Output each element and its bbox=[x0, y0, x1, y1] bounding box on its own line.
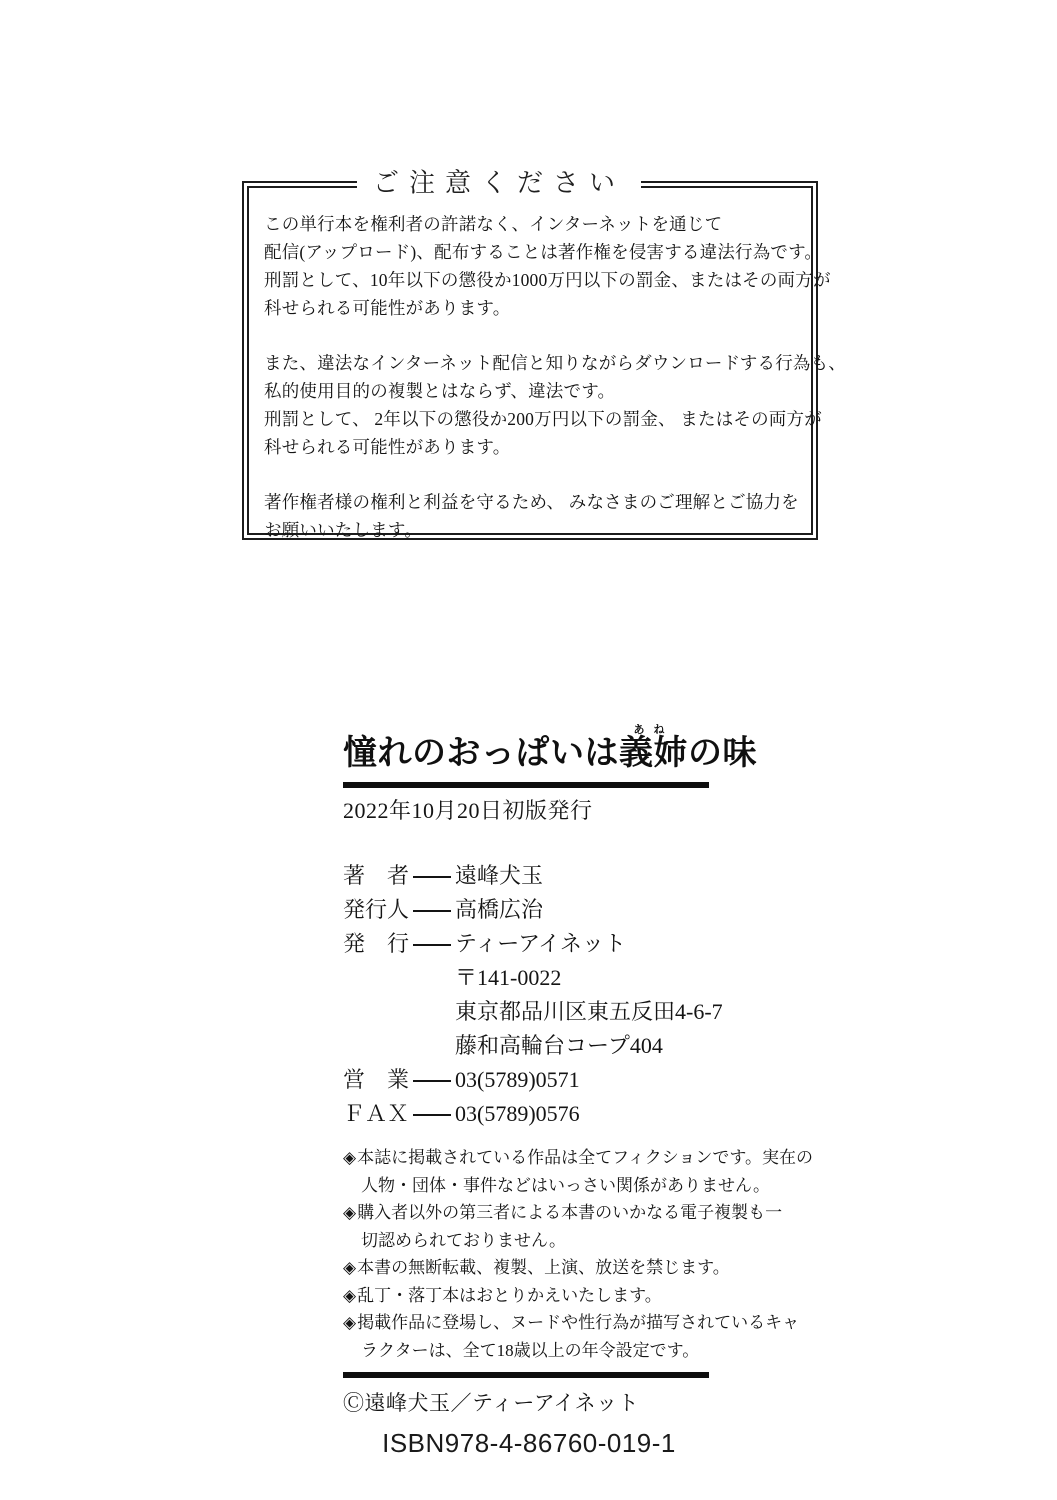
note-fiction: ◈本誌に掲載されている作品は全てフィクションです。実在の 人物・団体・事件などは… bbox=[343, 1144, 761, 1199]
dash-line bbox=[413, 876, 451, 878]
notice-line: 著作権者様の権利と利益を守るため、 みなさまのご理解とご協力を bbox=[264, 488, 797, 516]
address-line2: 藤和高輪台コープ404 bbox=[455, 1033, 663, 1058]
book-title-ruby: 義姉あね bbox=[619, 735, 688, 772]
diamond-bullet-icon: ◈ bbox=[343, 1258, 357, 1277]
publisher-label: 発 行 bbox=[343, 927, 409, 961]
notice-body: この単行本を権利者の許諾なく、インターネットを通じて 配信(アップロード)、配布… bbox=[251, 190, 809, 531]
diamond-bullet-icon: ◈ bbox=[343, 1313, 357, 1332]
notice-line: 科せられる可能性があります。 bbox=[264, 433, 797, 461]
fax-row: ＦＡＸ03(5789)0576 bbox=[343, 1097, 761, 1131]
note-text: 切認められておりません。 bbox=[343, 1227, 761, 1255]
address-line1: 東京都品川区東五反田4-6-7 bbox=[455, 999, 723, 1024]
book-title-prefix: 憧れのおっぱいは bbox=[343, 735, 619, 772]
note-text: 本誌に掲載されている作品は全てフィクションです。実在の bbox=[357, 1148, 813, 1167]
notice-paragraph-request: 著作権者様の権利と利益を守るため、 みなさまのご理解とご協力を お願いいたします… bbox=[264, 488, 797, 544]
publisher-value: ティーアイネット bbox=[455, 931, 626, 956]
footer-divider-rule bbox=[343, 1372, 709, 1378]
note-text: 本書の無断転載、複製、上演、放送を禁じます。 bbox=[357, 1258, 730, 1277]
author-value: 遠峰犬玉 bbox=[455, 863, 543, 888]
fax-number: 03(5789)0576 bbox=[455, 1101, 580, 1126]
book-title-ruby-base: 義姉 bbox=[619, 735, 688, 772]
publisher-person-value: 高橋広治 bbox=[455, 897, 543, 922]
notice-line: 刑罰として、10年以下の懲役か1000万円以下の罰金、またはその両方が bbox=[264, 266, 797, 294]
notice-line: お願いいたします。 bbox=[264, 516, 797, 544]
address-row: 藤和高輪台コープ404 bbox=[343, 1029, 761, 1063]
notice-line: この単行本を権利者の許諾なく、インターネットを通じて bbox=[264, 210, 797, 238]
title-divider-rule bbox=[343, 782, 709, 788]
notice-line: 科せられる可能性があります。 bbox=[264, 294, 797, 322]
note-defective-copy: ◈乱丁・落丁本はおとりかえいたします。 bbox=[343, 1282, 761, 1310]
note-reprint: ◈本書の無断転載、複製、上演、放送を禁じます。 bbox=[343, 1254, 761, 1282]
note-text: ラクターは、全て18歳以上の年令設定です。 bbox=[343, 1337, 761, 1365]
notice-line: 配信(アップロード)、配布することは著作権を侵害する違法行為です。 bbox=[264, 238, 797, 266]
publisher-row: 発 行ティーアイネット bbox=[343, 927, 761, 961]
notice-line: 刑罰として、 2年以下の懲役か200万円以下の罰金、 またはその両方が bbox=[264, 405, 797, 433]
author-row: 著 者遠峰犬玉 bbox=[343, 859, 761, 893]
address-row: 東京都品川区東五反田4-6-7 bbox=[343, 995, 761, 1029]
note-text: 人物・団体・事件などはいっさい関係がありません。 bbox=[343, 1172, 761, 1200]
notice-paragraph-download: また、違法なインターネット配信と知りながらダウンロードする行為も、 私的使用目的… bbox=[264, 349, 797, 461]
notice-line: 私的使用目的の複製とはならず、違法です。 bbox=[264, 377, 797, 405]
fax-label: ＦＡＸ bbox=[343, 1097, 409, 1131]
diamond-bullet-icon: ◈ bbox=[343, 1286, 357, 1305]
colophon-block: 憧れのおっぱいは義姉あねの味 2022年10月20日初版発行 著 者遠峰犬玉 発… bbox=[343, 724, 761, 1459]
book-title-suffix: の味 bbox=[688, 735, 757, 772]
publication-info: 著 者遠峰犬玉 発行人高橋広治 発 行ティーアイネット 〒141-0022 東京… bbox=[343, 859, 761, 1131]
dash-line bbox=[413, 944, 451, 946]
piracy-notice-box: ご注意ください この単行本を権利者の許諾なく、インターネットを通じて 配信(アッ… bbox=[242, 181, 818, 540]
diamond-bullet-icon: ◈ bbox=[343, 1148, 357, 1167]
book-title-furigana: あね bbox=[619, 724, 688, 736]
copyright-line: Ⓒ遠峰犬玉／ティーアイネット bbox=[343, 1387, 761, 1417]
isbn-number: ISBN978-4-86760-019-1 bbox=[343, 1428, 715, 1459]
dash-line bbox=[413, 1080, 451, 1082]
note-age: ◈掲載作品に登場し、ヌードや性行為が描写されているキャ ラクターは、全て18歳以… bbox=[343, 1309, 761, 1364]
sales-phone: 03(5789)0571 bbox=[455, 1067, 580, 1092]
diamond-bullet-icon: ◈ bbox=[343, 1203, 357, 1222]
postal-code: 〒141-0022 bbox=[455, 965, 561, 990]
notice-line: また、違法なインターネット配信と知りながらダウンロードする行為も、 bbox=[264, 349, 797, 377]
author-label: 著 者 bbox=[343, 859, 409, 893]
dash-line bbox=[413, 1114, 451, 1116]
note-text: 掲載作品に登場し、ヌードや性行為が描写されているキャ bbox=[357, 1313, 799, 1332]
notice-paragraph-upload: この単行本を権利者の許諾なく、インターネットを通じて 配信(アップロード)、配布… bbox=[264, 210, 797, 322]
sales-label: 営 業 bbox=[343, 1063, 409, 1097]
book-title: 憧れのおっぱいは義姉あねの味 bbox=[343, 724, 761, 773]
postal-code-row: 〒141-0022 bbox=[343, 961, 761, 995]
sales-phone-row: 営 業03(5789)0571 bbox=[343, 1063, 761, 1097]
note-ecopy: ◈購入者以外の第三者による本書のいかなる電子複製も一 切認められておりません。 bbox=[343, 1199, 761, 1254]
note-text: 乱丁・落丁本はおとりかえいたします。 bbox=[357, 1286, 662, 1305]
publisher-person-label: 発行人 bbox=[343, 893, 409, 927]
edition-date: 2022年10月20日初版発行 bbox=[343, 794, 761, 825]
legal-notes: ◈本誌に掲載されている作品は全てフィクションです。実在の 人物・団体・事件などは… bbox=[343, 1144, 761, 1364]
publisher-person-row: 発行人高橋広治 bbox=[343, 893, 761, 927]
dash-line bbox=[413, 910, 451, 912]
note-text: 購入者以外の第三者による本書のいかなる電子複製も一 bbox=[357, 1203, 782, 1222]
